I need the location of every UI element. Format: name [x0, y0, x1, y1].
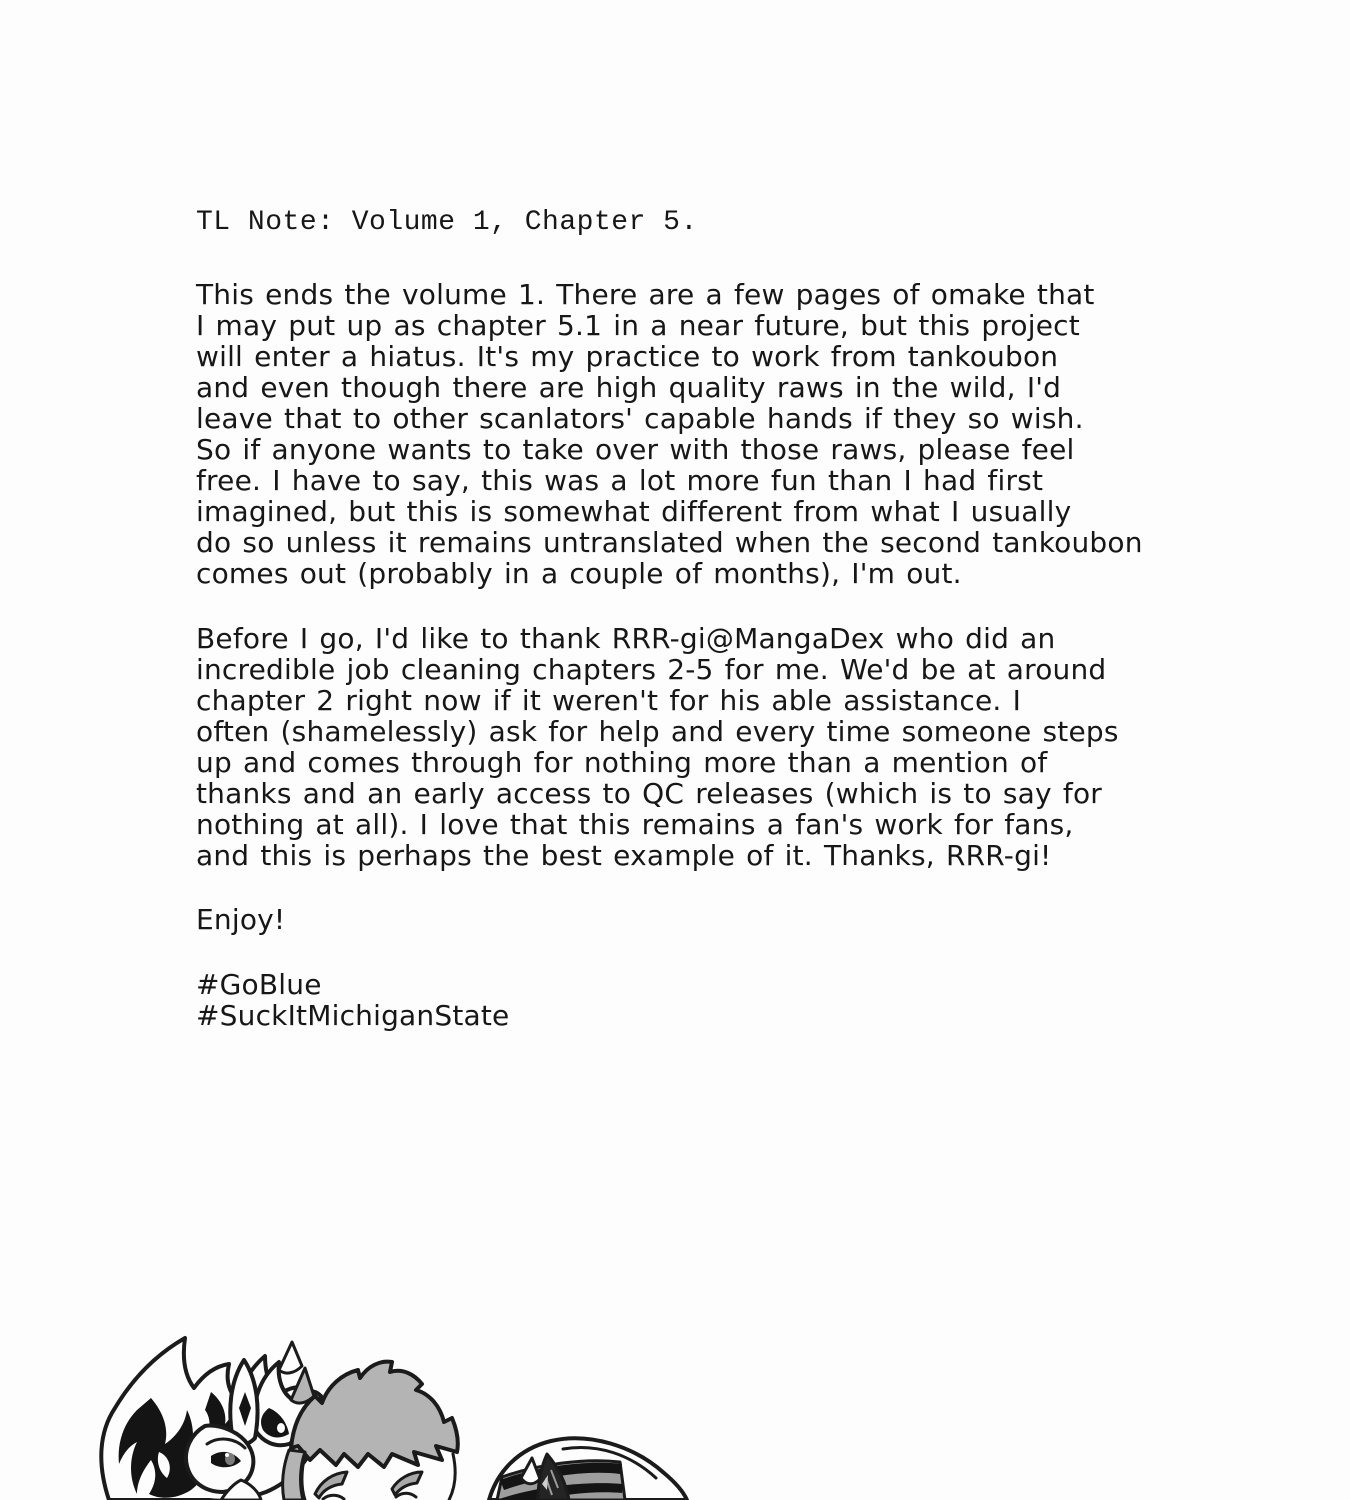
hashtag-suckitmichiganstate: #SuckItMichiganState — [196, 1000, 1186, 1031]
note-heading: TL Note: Volume 1, Chapter 5. — [196, 207, 1186, 238]
tl-note-page: TL Note: Volume 1, Chapter 5. This ends … — [0, 0, 1350, 1500]
hashtags: #GoBlue #SuckItMichiganState — [196, 969, 1186, 1031]
paragraph-2: Before I go, I'd like to thank RRR-gi@Ma… — [196, 623, 1186, 871]
text-line: up and comes through for nothing more th… — [196, 747, 1186, 778]
text-line: and even though there are high quality r… — [196, 372, 1186, 403]
text-line: do so unless it remains untranslated whe… — [196, 527, 1186, 558]
striped-headband-character — [489, 1438, 687, 1500]
text-line: will enter a hiatus. It's my practice to… — [196, 341, 1186, 372]
paragraph-1: This ends the volume 1. There are a few … — [196, 279, 1186, 589]
note-text-block: TL Note: Volume 1, Chapter 5. This ends … — [196, 207, 1186, 1031]
text-line: I may put up as chapter 5.1 in a near fu… — [196, 310, 1186, 341]
text-line: So if anyone wants to take over with tho… — [196, 434, 1186, 465]
text-line: chapter 2 right now if it weren't for hi… — [196, 685, 1186, 716]
text-line: imagined, but this is somewhat different… — [196, 496, 1186, 527]
text-line: incredible job cleaning chapters 2-5 for… — [196, 654, 1186, 685]
text-line: Before I go, I'd like to thank RRR-gi@Ma… — [196, 623, 1186, 654]
text-line: nothing at all). I love that this remain… — [196, 809, 1186, 840]
closing-line: Enjoy! — [196, 904, 1186, 935]
spiky-haired-boy — [279, 1342, 458, 1500]
text-line: often (shamelessly) ask for help and eve… — [196, 716, 1186, 747]
chibi-characters-illustration — [95, 1332, 695, 1500]
text-line: comes out (probably in a couple of month… — [196, 558, 1186, 589]
text-line: thanks and an early access to QC release… — [196, 778, 1186, 809]
text-line: This ends the volume 1. There are a few … — [196, 279, 1186, 310]
text-line: leave that to other scanlators' capable … — [196, 403, 1186, 434]
text-line: free. I have to say, this was a lot more… — [196, 465, 1186, 496]
text-line: and this is perhaps the best example of … — [196, 840, 1186, 871]
hashtag-goblue: #GoBlue — [196, 969, 1186, 1000]
